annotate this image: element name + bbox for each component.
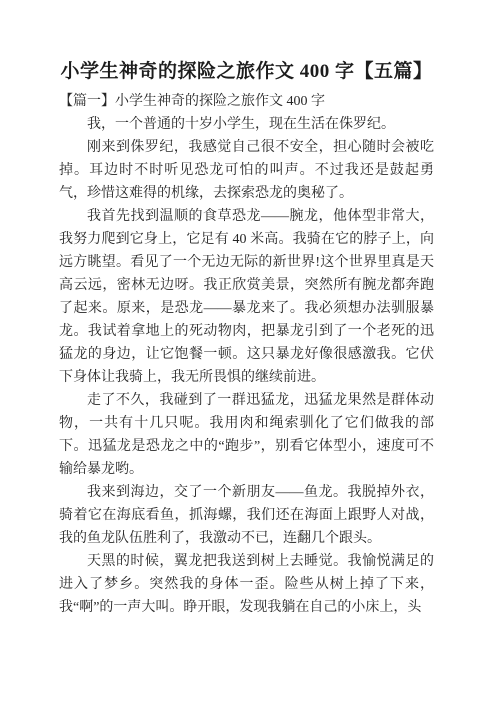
paragraph: 天黑的时候，翼龙把我送到树上去睡觉。我愉悦满足的进入了梦乡。突然我的身体一歪。险… — [59, 550, 434, 619]
paragraph: 刚来到侏罗纪，我感觉自己很不安全，担心随时会被吃掉。耳边时不时听见恐龙可怕的叫声… — [59, 136, 434, 205]
paragraph: 我首先找到温顺的食草恐龙——腕龙，他体型非常大，我努力爬到它身上，它足有 40 … — [59, 205, 434, 389]
paragraph: 走了不久，我碰到了一群迅猛龙，迅猛龙果然是群体动物，一共有十几只呢。我用肉和绳索… — [59, 389, 434, 481]
paragraph: 我来到海边，交了一个新朋友——鱼龙。我脱掉外衣，骑着它在海底看鱼，抓海螺，我们还… — [59, 481, 434, 550]
document-page: 小学生神奇的探险之旅作文 400 字【五篇】 【篇一】小学生神奇的探险之旅作文 … — [0, 0, 496, 702]
paragraph: 我，一个普通的十岁小学生，现在生活在侏罗纪。 — [59, 113, 434, 136]
page-title: 小学生神奇的探险之旅作文 400 字【五篇】 — [59, 58, 434, 85]
section-heading: 【篇一】小学生神奇的探险之旅作文 400 字 — [59, 90, 434, 113]
